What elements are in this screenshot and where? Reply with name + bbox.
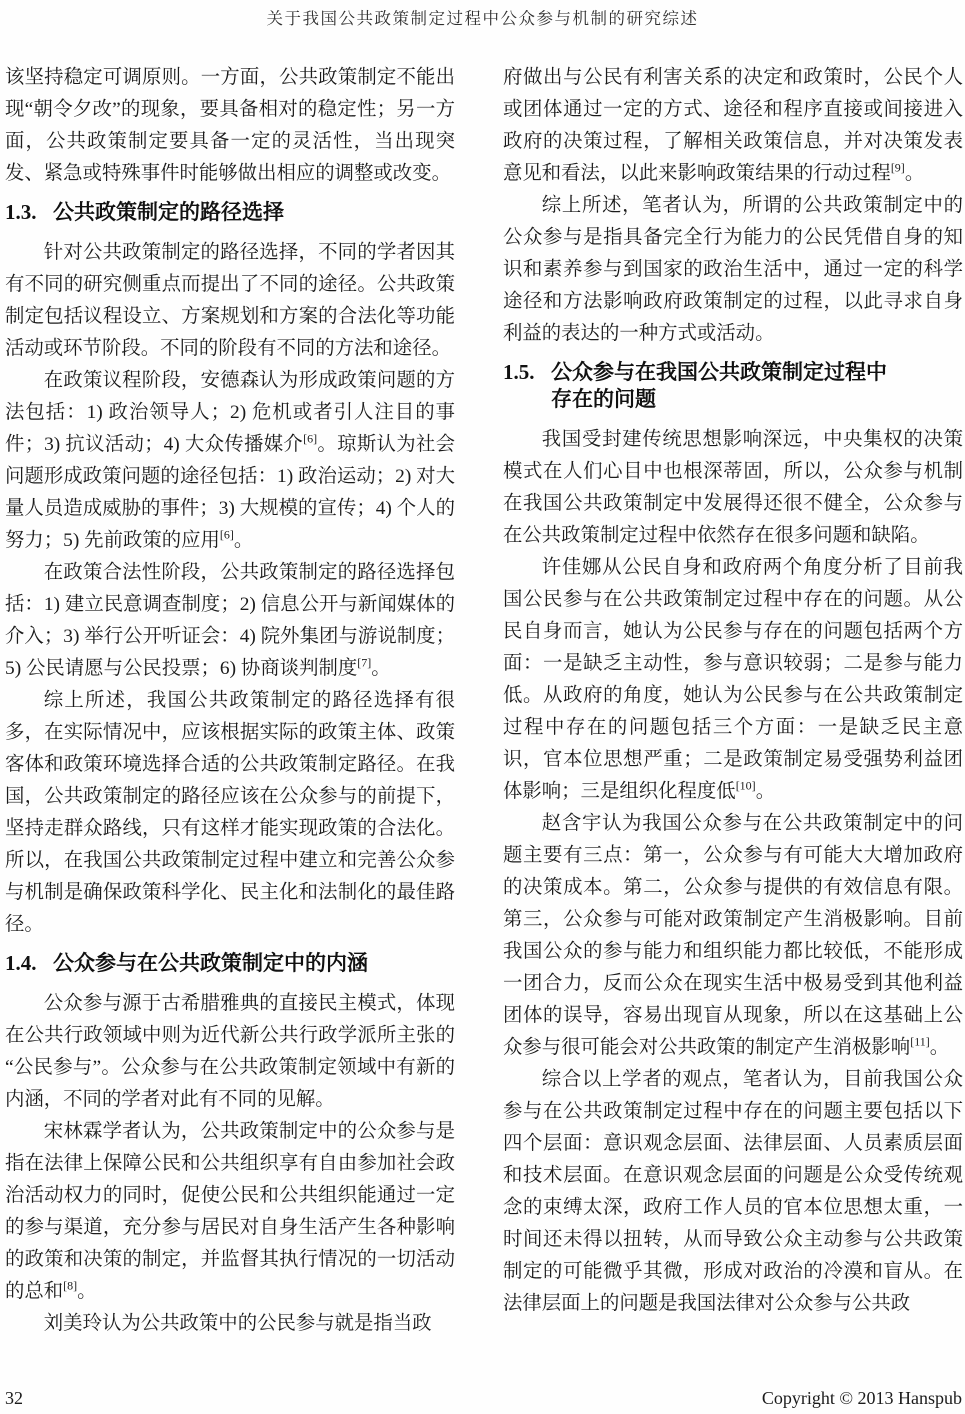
paragraph: 公众参与源于古希腊雅典的直接民主模式，体现在公共行政领域中则为近代新公共行政学派… bbox=[5, 988, 455, 1116]
left-column: 该坚持稳定可调原则。一方面，公共政策制定不能出现“朝令夕改”的现象，要具备相对的… bbox=[5, 62, 455, 1340]
document-page: 关于我国公共政策制定过程中公众参与机制的研究综述 该坚持稳定可调原则。一方面，公… bbox=[0, 0, 965, 1414]
paragraph: 针对公共政策制定的路径选择，不同的学者因其有不同的研究侧重点而提出了不同的途径。… bbox=[5, 237, 455, 365]
paragraph: 府做出与公民有利害关系的决定和政策时，公民个人或团体通过一定的方式、途径和程序直… bbox=[503, 62, 963, 190]
section-number: 1.5. bbox=[503, 359, 551, 386]
paragraph: 刘美玲认为公共政策中的公民参与就是指当政 bbox=[5, 1308, 455, 1340]
two-column-body: 该坚持稳定可调原则。一方面，公共政策制定不能出现“朝令夕改”的现象，要具备相对的… bbox=[0, 62, 965, 1340]
citation-ref: [11] bbox=[910, 1035, 930, 1049]
section-heading: 1.3.公共政策制定的路径选择 bbox=[5, 199, 455, 226]
page-number: 32 bbox=[5, 1388, 23, 1409]
section-heading: 1.5.公众参与在我国公共政策制定过程中存在的问题 bbox=[503, 359, 963, 413]
paragraph: 该坚持稳定可调原则。一方面，公共政策制定不能出现“朝令夕改”的现象，要具备相对的… bbox=[5, 62, 455, 190]
citation-ref: [9] bbox=[891, 161, 905, 175]
paragraph: 综合以上学者的观点，笔者认为，目前我国公众参与在公共政策制定过程中存在的问题主要… bbox=[503, 1064, 963, 1320]
citation-ref: [6] bbox=[220, 528, 234, 542]
citation-ref: [10] bbox=[736, 779, 756, 793]
copyright-text: Copyright © 2013 Hanspub bbox=[762, 1388, 962, 1409]
paragraph: 许佳娜从公民自身和政府两个角度分析了目前我国公民参与在公共政策制定过程中存在的问… bbox=[503, 552, 963, 808]
citation-ref: [6] bbox=[303, 432, 317, 446]
citation-ref: [7] bbox=[357, 656, 371, 670]
section-number: 1.4. bbox=[5, 950, 53, 977]
paragraph: 在政策议程阶段，安德森认为形成政策问题的方法包括：1) 政治领导人；2) 危机或… bbox=[5, 365, 455, 557]
paragraph: 我国受封建传统思想影响深远，中央集权的决策模式在人们心目中也根深蒂固，所以，公众… bbox=[503, 424, 963, 552]
section-heading: 1.4.公众参与在公共政策制定中的内涵 bbox=[5, 950, 455, 977]
paragraph: 宋林霖学者认为，公共政策制定中的公众参与是指在法律上保障公民和公共组织享有自由参… bbox=[5, 1116, 455, 1308]
citation-ref: [8] bbox=[63, 1279, 77, 1293]
right-column: 府做出与公民有利害关系的决定和政策时，公民个人或团体通过一定的方式、途径和程序直… bbox=[503, 62, 963, 1340]
paragraph: 赵含宇认为我国公众参与在公共政策制定中的问题主要有三点：第一，公众参与有可能大大… bbox=[503, 808, 963, 1064]
page-footer: 32 Copyright © 2013 Hanspub bbox=[5, 1388, 962, 1409]
running-header-title: 关于我国公共政策制定过程中公众参与机制的研究综述 bbox=[0, 0, 965, 29]
paragraph: 综上所述，笔者认为，所谓的公共政策制定中的公众参与是指具备完全行为能力的公民凭借… bbox=[503, 190, 963, 350]
paragraph: 综上所述，我国公共政策制定的路径选择有很多，在实际情况中，应该根据实际的政策主体… bbox=[5, 685, 455, 941]
paragraph: 在政策合法性阶段，公共政策制定的路径选择包括：1) 建立民意调查制度；2) 信息… bbox=[5, 557, 455, 685]
section-number: 1.3. bbox=[5, 199, 53, 226]
